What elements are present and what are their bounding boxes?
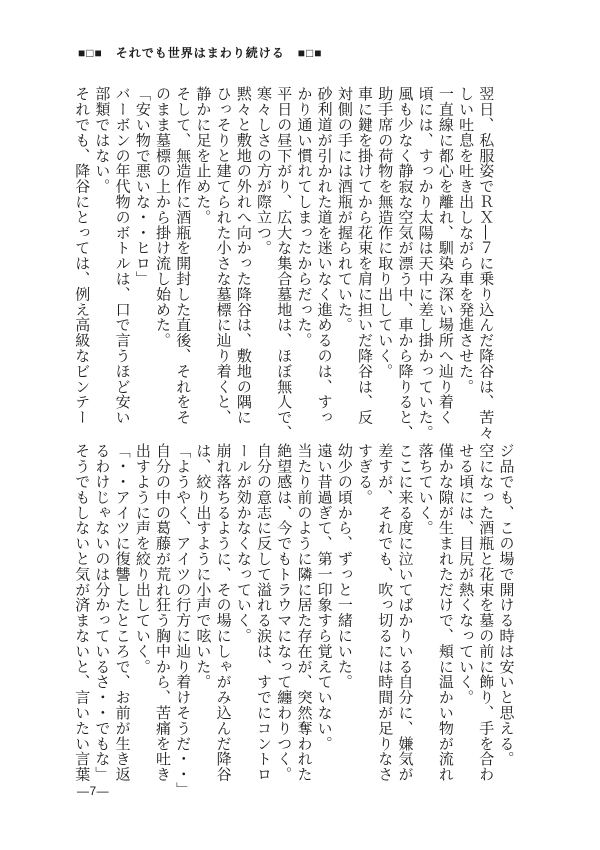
- page-number: —7—: [77, 784, 109, 798]
- text-line: 頃には、すっかり太陽は天中に差し掛かっていた。: [414, 86, 434, 440]
- text-line: 対側の手には酒瓶が握られていた。: [334, 86, 354, 440]
- text-line: のまま墓標の上から掛け流し始めた。: [152, 86, 172, 440]
- text-line: 幼少の頃から、ずっと一緒にいた。: [334, 443, 354, 797]
- text-line: すぎる。: [354, 443, 374, 797]
- text-line: ジ品でも、この場で開ける時は安いと思える。: [495, 443, 515, 797]
- text-line: 当たり前のように隣に居た存在が、突然奪われた: [293, 443, 313, 797]
- text-line: バーボンの年代物のボトルは、口で言うほど安い: [111, 86, 131, 440]
- text-line: かり通い慣れてしまったからだった。: [293, 86, 313, 440]
- text-line: るわけじゃないのは分かっているさ・・でもな」: [91, 443, 111, 797]
- text-line: 「ようやく、アイツの行方に辿り着けそうだ・・」: [172, 443, 192, 797]
- text-line: 寒々しさの方が際立つ。: [253, 86, 273, 440]
- text-line: そして、無造作に酒瓶を開封した直後、それをそ: [172, 86, 192, 440]
- text-line: 空になった酒瓶と花束を墓の前に飾り、手を合わ: [475, 443, 495, 797]
- text-line: 助手席の荷物を無造作に取り出していく。: [374, 86, 394, 440]
- text-line: ールが効かなくなっていく。: [233, 443, 253, 797]
- text-line: そうでもしないと気が済まないと、言いたい言葉: [71, 443, 91, 797]
- text-line: それでも、降谷にとっては、例え高級なビンテー: [71, 86, 91, 440]
- running-header-title: ■□■ それでも世界はまわり続ける ■□■: [78, 44, 323, 61]
- text-line: 自分の意志に反して溢れる涙は、すでにコントロ: [253, 443, 273, 797]
- text-line: 風も少なく静寂な空気が漂う中、車から降りると、: [394, 86, 414, 440]
- text-line: 黙々と敷地の外れへ向かった降谷は、敷地の隅に: [233, 86, 253, 440]
- text-line: 平日の昼下がり、広大な集合墓地は、ほぼ無人で、: [273, 86, 293, 440]
- text-line: 自分の中の葛藤が荒れ狂う胸中から、苦痛を吐き: [152, 443, 172, 797]
- text-line: 落ちていく。: [414, 443, 434, 797]
- text-line: 「安い物で悪いな・・ヒロ」: [132, 86, 152, 440]
- text-line: 車に鍵を掛けてから花束を肩に担いだ降谷は、反: [354, 86, 374, 440]
- text-line: 部類ではない。: [91, 86, 111, 440]
- text-line: 翌日、私服姿でＲＸ—７に乗り込んだ降谷は、苦々: [475, 86, 495, 440]
- text-line: は、絞り出すように小声で呟いた。: [192, 443, 212, 797]
- text-line: 「・・アイツに復讐したところで、お前が生き返: [111, 443, 131, 797]
- text-line: 差すが、それでも、吹っ切るには時間が足りなさ: [374, 443, 394, 797]
- text-block-top: 翌日、私服姿でＲＸ—７に乗り込んだ降谷は、苦々しい吐息を吐き出しながら車を発進さ…: [71, 86, 495, 440]
- text-line: 砂利道が引かれた道を迷いなく進めるのは、すっ: [313, 86, 333, 440]
- text-line: せる頃には、目尻が熱くなっていく。: [455, 443, 475, 797]
- text-line: 絶望感は、今でもトラウマになって纏わりつく。: [273, 443, 293, 797]
- text-line: ここに来る度に泣いてばかりいる自分に、嫌気が: [394, 443, 414, 797]
- text-line: 遠い昔過ぎて、第一印象すら覚えていない。: [313, 443, 333, 797]
- text-line: 一直線に都心を離れ、馴染み深い場所へ辿り着く: [435, 86, 455, 440]
- text-line: 崩れ落ちるように、その場にしゃがみ込んだ降谷: [212, 443, 232, 797]
- text-line: 僅かな隙が生まれただけで、頬に温かい物が流れ: [435, 443, 455, 797]
- text-line: ひっそりと建てられた小さな墓標に辿り着くと、: [212, 86, 232, 440]
- text-block-bottom: ジ品でも、この場で開ける時は安いと思える。空になった酒瓶と花束を墓の前に飾り、手…: [71, 443, 515, 797]
- text-line: しい吐息を吐き出しながら車を発進させた。: [455, 86, 475, 440]
- text-line: 出すように声を絞り出していく。: [132, 443, 152, 797]
- text-line: 静かに足を止めた。: [192, 86, 212, 440]
